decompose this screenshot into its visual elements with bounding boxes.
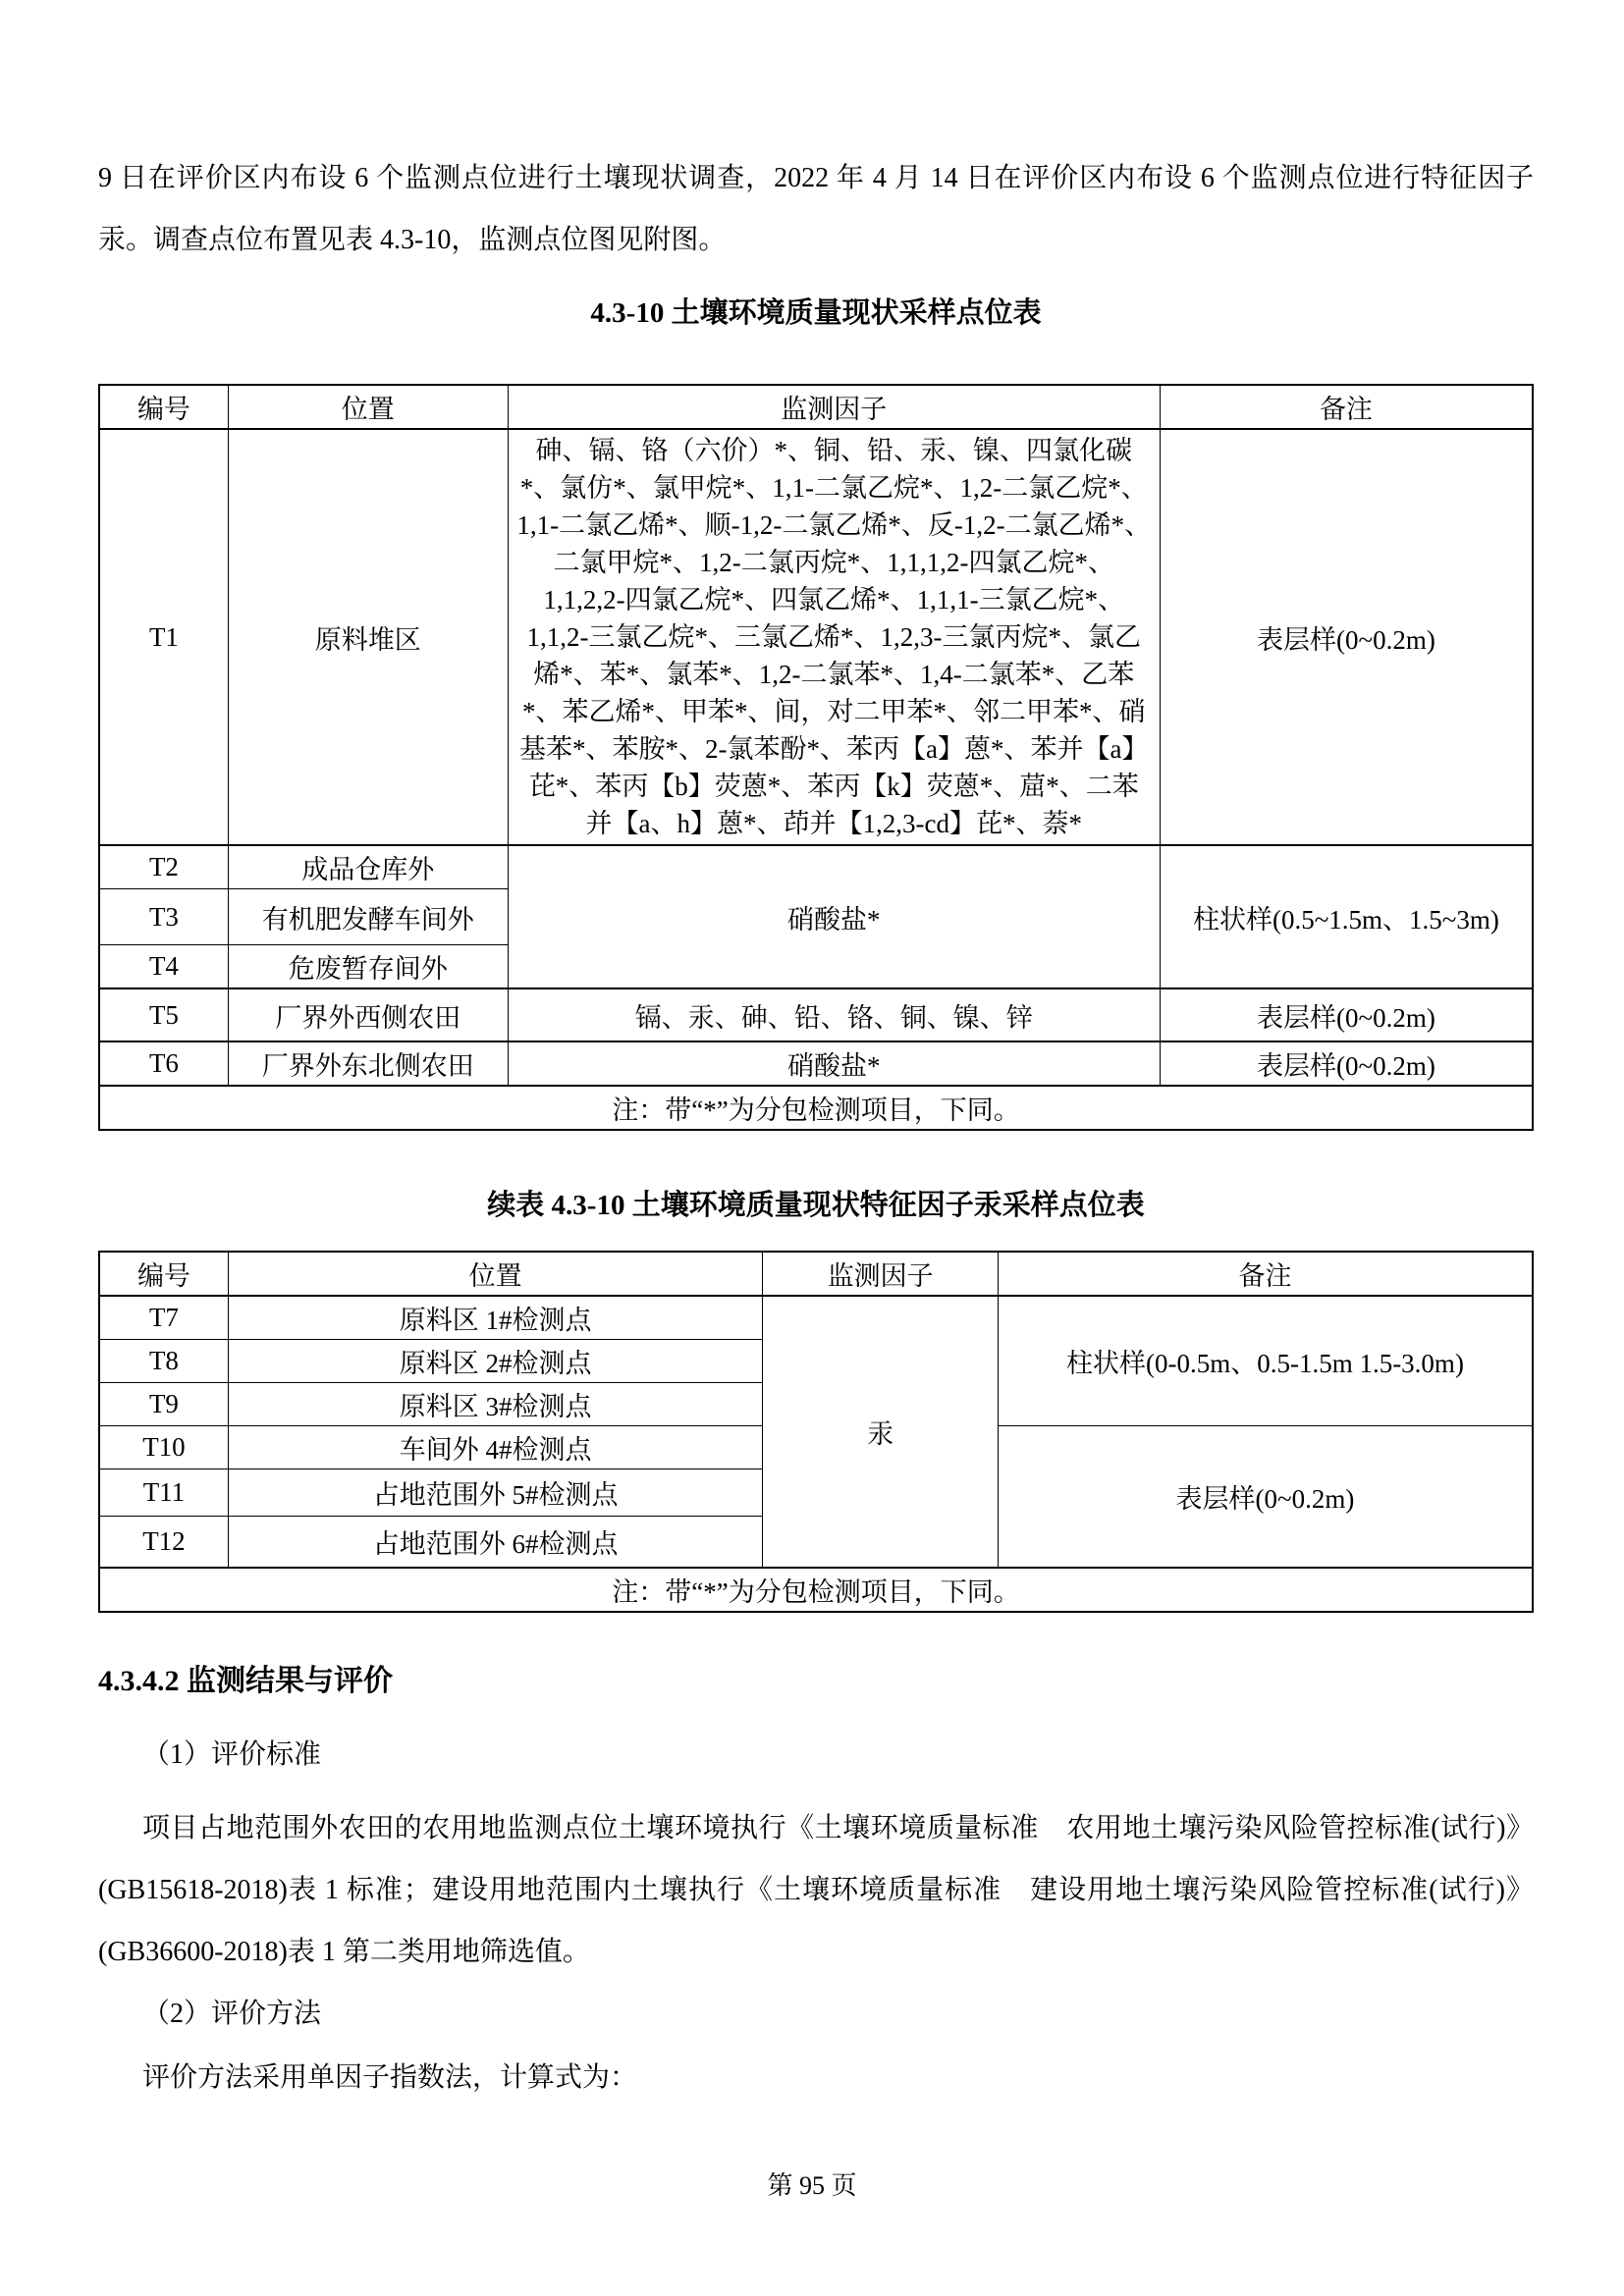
cell-location: 原料堆区 [228, 429, 508, 845]
cell-location: 厂界外西侧农田 [228, 988, 508, 1041]
table1-title: 4.3-10 土壤环境质量现状采样点位表 [98, 283, 1534, 345]
cell-factor-mercury: 汞 [763, 1296, 998, 1568]
table-row-t7: T7 原料区 1#检测点 汞 柱状样(0-0.5m、0.5-1.5m 1.5-3… [99, 1296, 1533, 1340]
table-row-t6: T6 厂界外东北侧农田 硝酸盐* 表层样(0~0.2m) [99, 1041, 1533, 1086]
list-item-evaluation-standard: （1）评价标准 [98, 1724, 1534, 1786]
table2-header-id: 编号 [99, 1252, 228, 1296]
cell-note-surface-sample: 表层样(0~0.2m) [998, 1426, 1533, 1568]
paragraph-top: 9 日在评价区内布设 6 个监测点位进行土壤现状调查，2022 年 4 月 14… [98, 147, 1534, 271]
cell-factors: 镉、汞、砷、铅、铬、铜、镍、锌 [508, 988, 1160, 1041]
cell-note: 表层样(0~0.2m) [1160, 1041, 1533, 1086]
cell-id: T3 [99, 889, 228, 945]
cell-location: 原料区 3#检测点 [228, 1383, 763, 1426]
section-heading: 4.3.4.2 监测结果与评价 [98, 1650, 1534, 1712]
cell-note: 表层样(0~0.2m) [1160, 988, 1533, 1041]
cell-location: 有机肥发酵车间外 [228, 889, 508, 945]
page-number: 第 95 页 [0, 2155, 1624, 2216]
table2-title: 续表 4.3-10 土壤环境质量现状特征因子汞采样点位表 [98, 1175, 1534, 1237]
document-page: 9 日在评价区内布设 6 个监测点位进行土壤现状调查，2022 年 4 月 14… [0, 0, 1624, 2296]
table1-footnote: 注：带“*”为分包检测项目，下同。 [99, 1086, 1533, 1130]
list-item-evaluation-method: （2）评价方法 [98, 1983, 1534, 2045]
cell-location: 厂界外东北侧农田 [228, 1041, 508, 1086]
cell-location: 成品仓库外 [228, 845, 508, 889]
table2-header-factors: 监测因子 [763, 1252, 998, 1296]
table-row-t5: T5 厂界外西侧农田 镉、汞、砷、铅、铬、铜、镍、锌 表层样(0~0.2m) [99, 988, 1533, 1041]
cell-id: T6 [99, 1041, 228, 1086]
cell-id: T1 [99, 429, 228, 845]
table2-header-location: 位置 [228, 1252, 763, 1296]
cell-note: 表层样(0~0.2m) [1160, 429, 1533, 845]
paragraph-method: 评价方法采用单因子指数法，计算式为： [98, 2047, 1534, 2109]
cell-note-merged: 柱状样(0.5~1.5m、1.5~3m) [1160, 845, 1533, 988]
table-row-t1: T1 原料堆区 砷、镉、铬（六价）*、铜、铅、汞、镍、四氯化碳*、氯仿*、氯甲烷… [99, 429, 1533, 845]
table1-header-row: 编号 位置 监测因子 备注 [99, 385, 1533, 429]
cell-id: T5 [99, 988, 228, 1041]
cell-id: T9 [99, 1383, 228, 1426]
cell-location: 原料区 1#检测点 [228, 1296, 763, 1340]
table1-note-row: 注：带“*”为分包检测项目，下同。 [99, 1086, 1533, 1130]
table1-header-location: 位置 [228, 385, 508, 429]
table1-soil-sampling-points: 编号 位置 监测因子 备注 T1 原料堆区 砷、镉、铬（六价）*、铜、铅、汞、镍… [98, 384, 1534, 1131]
cell-note-column-sample: 柱状样(0-0.5m、0.5-1.5m 1.5-3.0m) [998, 1296, 1533, 1426]
table1-header-id: 编号 [99, 385, 228, 429]
cell-id: T11 [99, 1469, 228, 1517]
cell-factors: 砷、镉、铬（六价）*、铜、铅、汞、镍、四氯化碳*、氯仿*、氯甲烷*、1,1-二氯… [508, 429, 1160, 845]
table2-mercury-sampling-points: 编号 位置 监测因子 备注 T7 原料区 1#检测点 汞 柱状样(0-0.5m、… [98, 1251, 1534, 1613]
table2-header-row: 编号 位置 监测因子 备注 [99, 1252, 1533, 1296]
cell-location: 车间外 4#检测点 [228, 1426, 763, 1469]
cell-location: 危废暂存间外 [228, 945, 508, 989]
paragraph-standards: 项目占地范围外农田的农用地监测点位土壤环境执行《土壤环境质量标准 农用地土壤污染… [98, 1797, 1534, 1983]
table2-note-row: 注：带“*”为分包检测项目，下同。 [99, 1568, 1533, 1612]
table-row-t2: T2 成品仓库外 硝酸盐* 柱状样(0.5~1.5m、1.5~3m) [99, 845, 1533, 889]
table2-footnote: 注：带“*”为分包检测项目，下同。 [99, 1568, 1533, 1612]
cell-id: T2 [99, 845, 228, 889]
cell-factors-merged: 硝酸盐* [508, 845, 1160, 988]
cell-id: T10 [99, 1426, 228, 1469]
cell-id: T4 [99, 945, 228, 989]
table1-header-note: 备注 [1160, 385, 1533, 429]
cell-location: 原料区 2#检测点 [228, 1340, 763, 1383]
table2-header-note: 备注 [998, 1252, 1533, 1296]
cell-id: T12 [99, 1517, 228, 1568]
table1-header-factors: 监测因子 [508, 385, 1160, 429]
cell-id: T7 [99, 1296, 228, 1340]
cell-location: 占地范围外 5#检测点 [228, 1469, 763, 1517]
cell-location: 占地范围外 6#检测点 [228, 1517, 763, 1568]
cell-factors: 硝酸盐* [508, 1041, 1160, 1086]
cell-id: T8 [99, 1340, 228, 1383]
